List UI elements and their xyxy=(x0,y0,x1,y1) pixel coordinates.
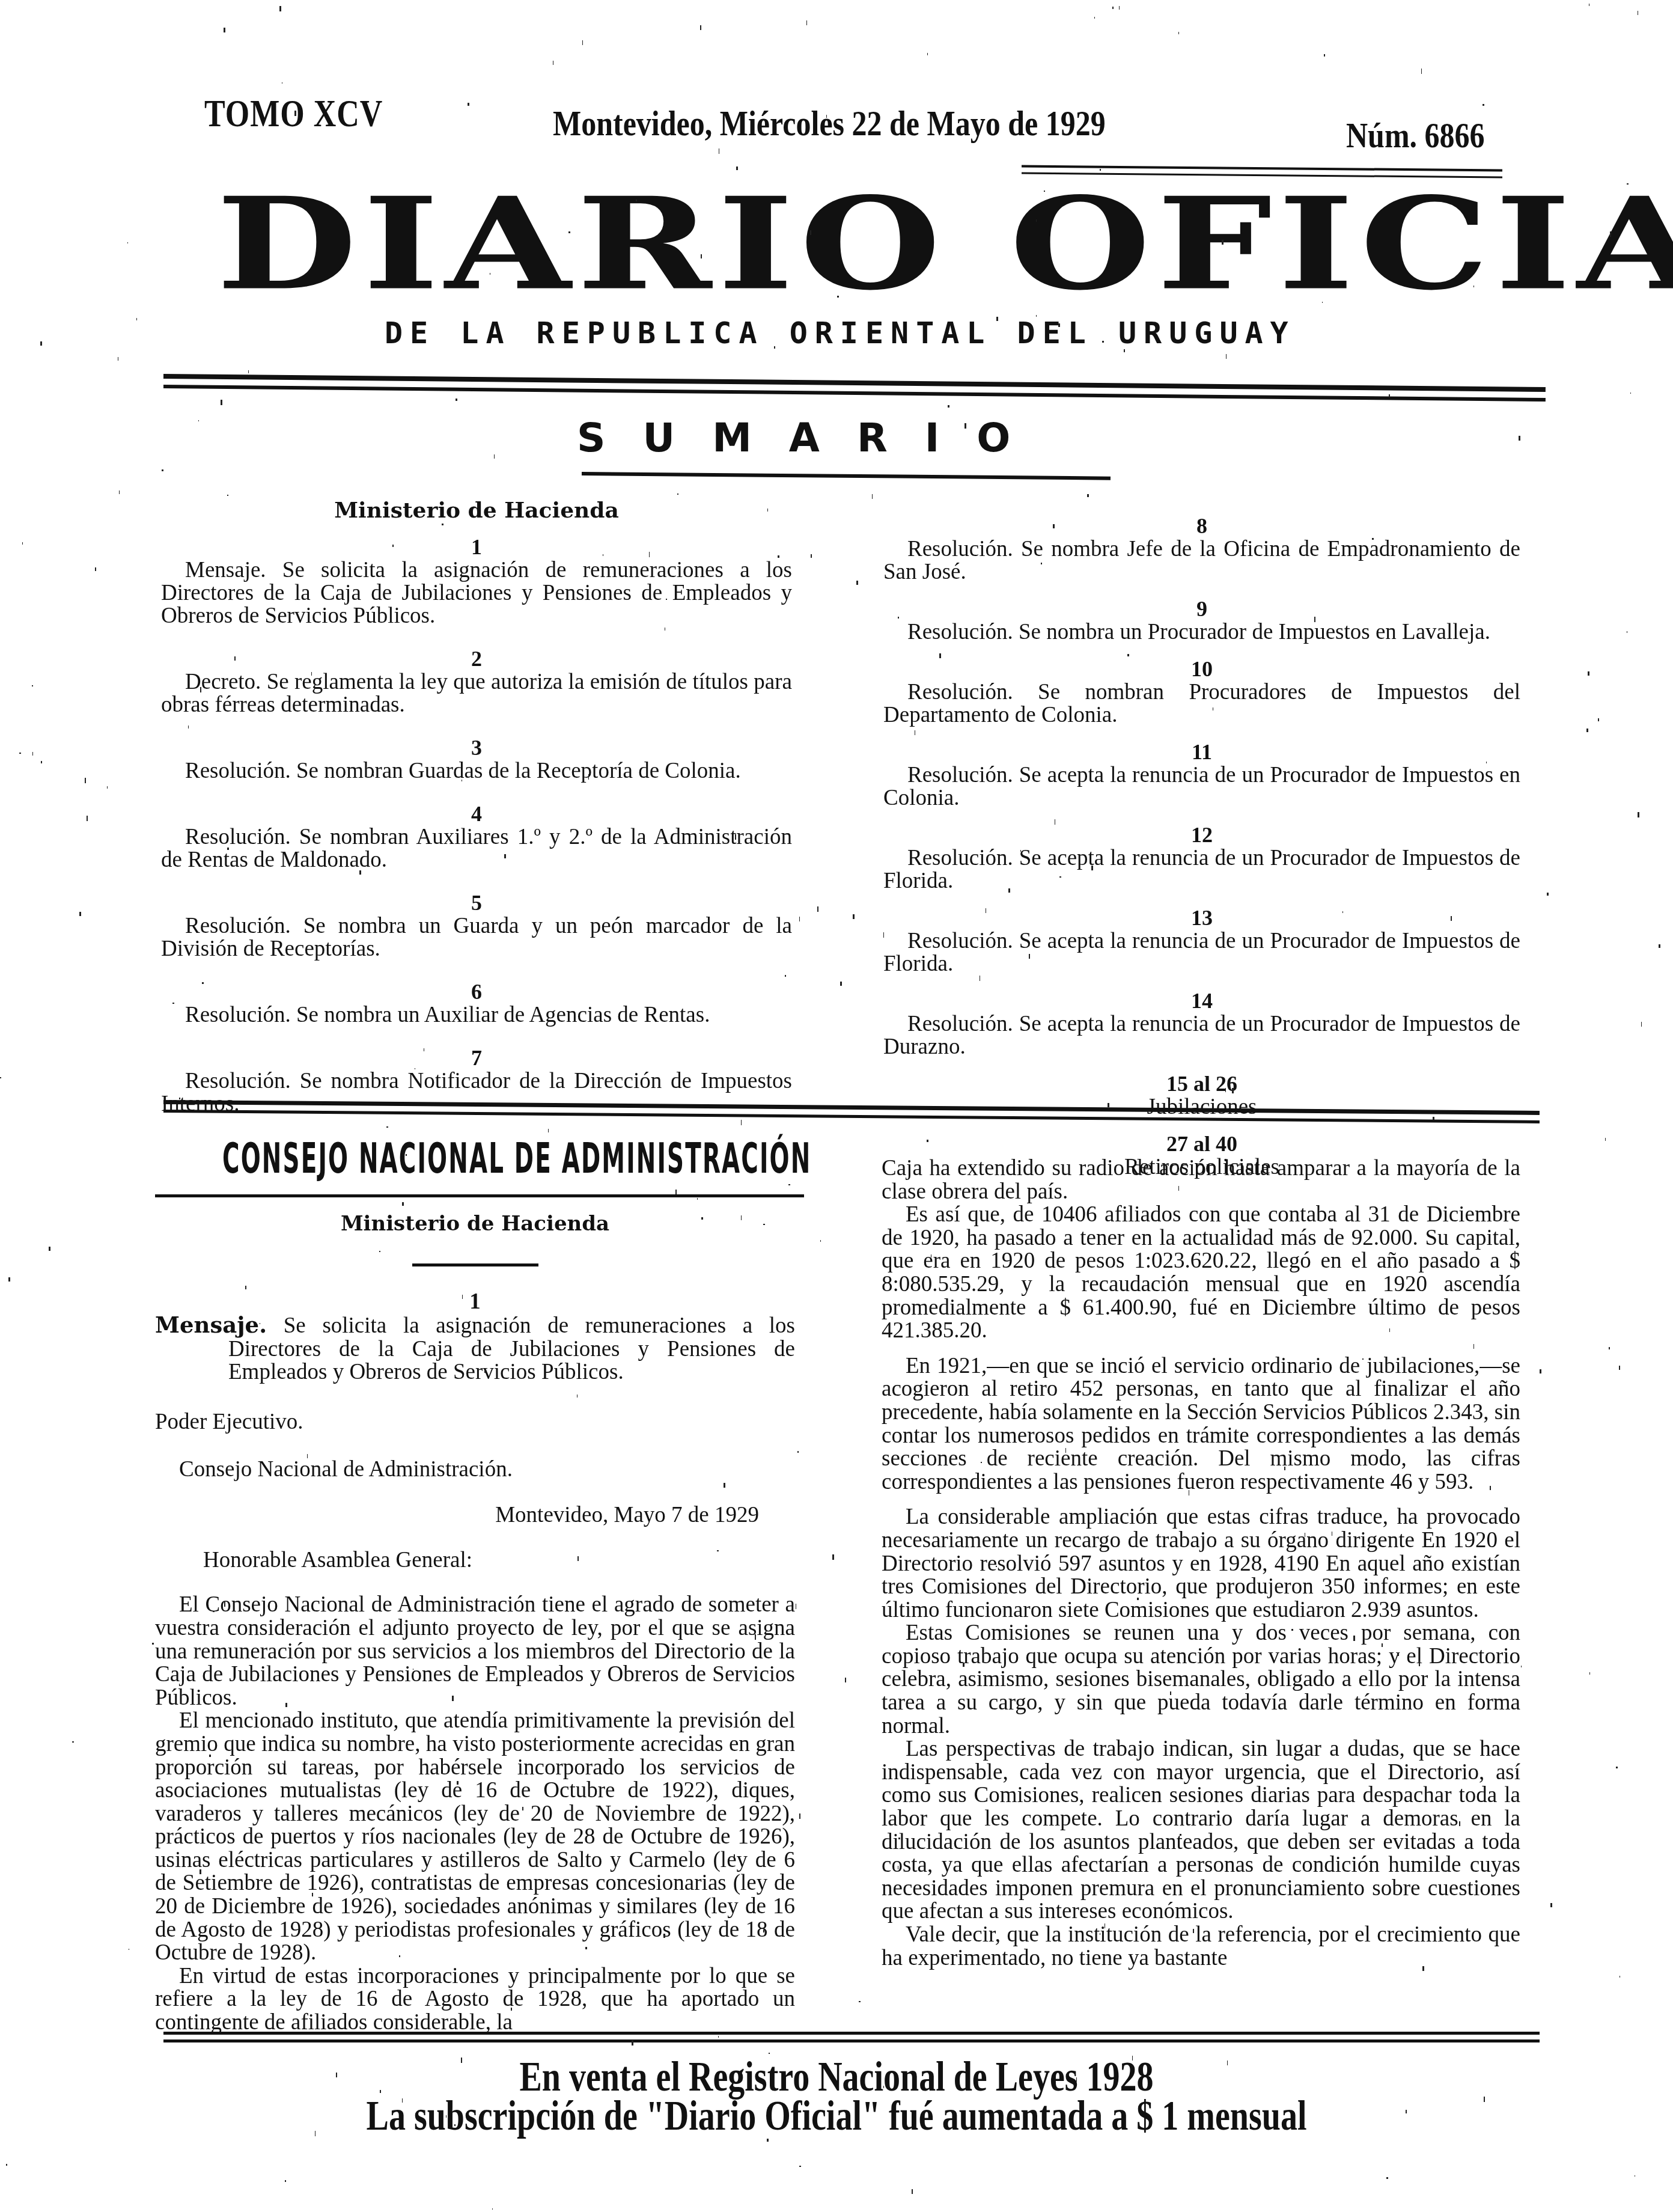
print-speck xyxy=(797,1451,799,1453)
print-speck xyxy=(1627,631,1627,633)
print-speck xyxy=(373,774,374,777)
print-speck xyxy=(632,2040,633,2045)
print-speck xyxy=(492,2208,493,2210)
print-speck xyxy=(734,1854,735,1857)
print-speck xyxy=(700,25,701,30)
print-speck xyxy=(22,542,23,545)
print-speck xyxy=(964,423,966,429)
print-speck xyxy=(1521,1666,1522,1667)
article-paragraph: En 1921,—en que se inció el servicio ord… xyxy=(882,1355,1520,1494)
article-paragraph: Las perspectivas de trabajo indican, sin… xyxy=(882,1738,1520,1923)
article-paragraph: Es así que, de 10406 afiliados con que c… xyxy=(882,1203,1520,1343)
print-speck xyxy=(1178,1186,1179,1191)
summary-item-text: Decreto. Se reglamenta la ley que autori… xyxy=(161,671,792,716)
newspaper-title: DIARIO OFICIAL xyxy=(216,180,1466,307)
print-speck xyxy=(1170,1691,1171,1695)
summary-item-text: Resolución. Se nombra un Auxiliar de Age… xyxy=(161,1004,792,1027)
summary-item-number: 9 xyxy=(883,597,1520,621)
sumario-left-column: Ministerio de Hacienda 1Mensaje. Se soli… xyxy=(161,499,792,1116)
print-speck xyxy=(826,115,827,118)
print-speck xyxy=(853,914,855,919)
print-speck xyxy=(577,1556,579,1561)
print-speck xyxy=(1127,654,1129,656)
print-speck xyxy=(1044,191,1045,192)
summary-item-number: 8 xyxy=(883,514,1520,538)
print-speck xyxy=(1291,1629,1293,1631)
print-speck xyxy=(315,2131,315,2136)
print-speck xyxy=(461,2058,462,2063)
sumario-heading: SUMARIO xyxy=(577,415,1047,461)
print-speck xyxy=(248,370,249,373)
print-speck xyxy=(200,1869,201,1874)
summary-item-number: 3 xyxy=(161,736,792,760)
print-speck xyxy=(986,908,986,913)
print-speck xyxy=(260,1323,260,1324)
print-speck xyxy=(1442,1259,1443,1261)
article-paragraph: El Consejo Nacional de Administración ti… xyxy=(155,1593,795,1709)
print-speck xyxy=(577,1395,577,1398)
summary-item-number: 13 xyxy=(883,906,1520,930)
place-date: Montevideo, Mayo 7 de 1929 xyxy=(155,1504,795,1527)
summary-item-number: 4 xyxy=(161,802,792,826)
print-speck xyxy=(1419,1661,1420,1666)
print-speck xyxy=(136,318,137,320)
print-speck xyxy=(224,28,225,32)
print-speck xyxy=(1180,1834,1181,1836)
print-speck xyxy=(1322,302,1323,303)
footer-rule-2 xyxy=(163,2039,1540,2042)
print-speck xyxy=(1496,1257,1496,1259)
print-speck xyxy=(40,341,42,346)
print-speck xyxy=(1598,718,1599,721)
print-speck xyxy=(1091,866,1093,870)
print-speck xyxy=(763,1929,764,1932)
sumario-underline xyxy=(582,472,1111,480)
print-speck xyxy=(442,524,443,525)
print-speck xyxy=(484,1370,486,1373)
print-speck xyxy=(1284,1467,1285,1470)
print-speck xyxy=(767,2139,769,2142)
print-speck xyxy=(227,495,228,496)
print-speck xyxy=(859,2001,861,2002)
print-speck xyxy=(741,1120,742,1125)
print-speck xyxy=(1132,2056,1133,2061)
print-speck xyxy=(1547,893,1549,896)
print-speck xyxy=(456,399,457,401)
print-speck xyxy=(1112,7,1114,9)
print-speck xyxy=(588,774,589,780)
lead-text: Se solicita la asignación de remuneracio… xyxy=(228,1313,795,1384)
print-speck xyxy=(179,1098,180,1099)
print-speck xyxy=(898,1866,898,1869)
print-speck xyxy=(1362,1358,1364,1360)
article-paragraph: Vale decir, que la institución de la ref… xyxy=(882,1923,1520,1970)
print-speck xyxy=(522,1807,523,1810)
print-speck xyxy=(95,567,96,571)
print-speck xyxy=(1586,729,1588,732)
print-speck xyxy=(1421,69,1422,74)
print-speck xyxy=(898,1838,900,1839)
article-paragraph: Estas Comisiones se reunen una y dos vec… xyxy=(882,1622,1520,1738)
summary-item-text: Resolución. Se nombran Guardas de la Rec… xyxy=(161,760,792,783)
print-speck xyxy=(1630,393,1631,394)
print-speck xyxy=(820,1240,821,1242)
print-speck xyxy=(1433,1117,1434,1120)
article-left-column: Ministerio de Hacienda 1 Mensaje. Se sol… xyxy=(155,1193,795,2035)
print-speck xyxy=(799,2166,801,2167)
print-speck xyxy=(1314,617,1315,622)
article-paragraph: El mencionado instituto, que atendía pri… xyxy=(155,1709,795,1965)
print-speck xyxy=(406,1154,407,1156)
print-speck xyxy=(307,1454,308,1458)
print-speck xyxy=(1076,2077,1077,2082)
print-speck xyxy=(1053,524,1055,528)
print-speck xyxy=(1100,1933,1100,1935)
print-speck xyxy=(856,581,858,585)
print-speck xyxy=(741,1215,742,1220)
print-speck xyxy=(980,976,980,981)
print-speck xyxy=(1342,911,1343,913)
print-speck xyxy=(1406,2110,1407,2113)
print-speck xyxy=(1473,286,1474,287)
print-speck xyxy=(1213,707,1213,710)
print-speck xyxy=(284,1761,285,1764)
summary-range-number: 27 al 40 xyxy=(883,1132,1520,1156)
print-speck xyxy=(19,753,21,754)
print-speck xyxy=(1389,394,1390,397)
summary-item-text: Resolución. Se acepta la renuncia de un … xyxy=(883,1013,1520,1059)
print-speck xyxy=(582,40,583,45)
print-speck xyxy=(462,780,462,781)
article-number: 1 xyxy=(155,1291,795,1314)
print-speck xyxy=(209,1755,211,1757)
print-speck xyxy=(1008,888,1010,893)
print-speck xyxy=(1386,2177,1388,2179)
lead-label: Mensaje. xyxy=(155,1312,267,1338)
print-speck xyxy=(336,2073,337,2077)
print-speck xyxy=(446,2115,446,2118)
print-speck xyxy=(279,6,281,11)
print-speck xyxy=(649,552,650,557)
print-speck xyxy=(1041,563,1042,564)
print-speck xyxy=(198,420,199,421)
print-speck xyxy=(359,870,361,875)
print-speck xyxy=(379,1251,380,1252)
print-speck xyxy=(719,148,719,154)
summary-item-text: Resolución. Se nombra Notificador de la … xyxy=(161,1070,792,1116)
print-speck xyxy=(1619,1366,1620,1370)
print-speck xyxy=(948,405,949,408)
print-speck xyxy=(1087,494,1089,497)
column-rule xyxy=(844,1130,844,1960)
print-speck xyxy=(837,296,839,298)
print-speck xyxy=(1620,1976,1620,1978)
print-speck xyxy=(1627,183,1629,185)
print-speck xyxy=(701,254,702,258)
print-speck xyxy=(1589,4,1589,6)
print-speck xyxy=(282,82,282,84)
print-speck xyxy=(636,200,637,201)
print-speck xyxy=(1055,819,1055,825)
article-header: CONSEJO NACIONAL DE ADMINISTRACIÓN xyxy=(222,1135,811,1184)
print-speck xyxy=(1486,762,1487,763)
print-speck xyxy=(1550,1903,1552,1907)
print-speck xyxy=(1059,876,1061,878)
print-speck xyxy=(663,1934,665,1938)
print-speck xyxy=(1227,2061,1228,2065)
print-speck xyxy=(736,167,738,170)
print-speck xyxy=(778,555,779,558)
print-speck xyxy=(717,1550,719,1551)
print-speck xyxy=(8,1277,10,1282)
print-speck xyxy=(585,1947,587,1949)
print-speck xyxy=(221,400,222,405)
print-speck xyxy=(234,656,236,661)
print-speck xyxy=(799,917,800,921)
print-speck xyxy=(1178,32,1179,34)
print-speck xyxy=(1459,1821,1460,1826)
print-speck xyxy=(6,2164,7,2166)
print-speck xyxy=(1609,1347,1610,1349)
print-speck xyxy=(1610,231,1611,237)
print-speck xyxy=(845,1678,846,1682)
print-speck xyxy=(1036,315,1037,317)
print-speck xyxy=(227,848,229,850)
print-speck xyxy=(402,1202,404,1206)
print-speck xyxy=(0,1077,1,1078)
print-speck xyxy=(285,2180,286,2182)
article-right-column: Caja ha extendido su radio de acción has… xyxy=(882,1157,1520,1970)
print-speck xyxy=(415,1068,415,1069)
print-speck xyxy=(553,61,553,65)
print-speck xyxy=(1222,240,1224,245)
print-speck xyxy=(127,242,128,243)
print-speck xyxy=(996,1566,997,1567)
print-speck xyxy=(87,816,88,821)
print-speck xyxy=(457,1781,459,1785)
print-speck xyxy=(188,726,189,729)
print-speck xyxy=(806,20,807,25)
print-speck xyxy=(927,53,928,55)
print-speck xyxy=(675,1190,677,1194)
print-speck xyxy=(213,1611,215,1612)
print-speck xyxy=(1589,1672,1590,1675)
print-speck xyxy=(294,111,296,116)
print-speck xyxy=(1659,944,1660,948)
print-speck xyxy=(452,1696,454,1701)
print-speck xyxy=(32,752,33,756)
print-speck xyxy=(1484,2097,1485,2102)
print-speck xyxy=(752,1911,754,1912)
print-speck xyxy=(224,1601,225,1607)
print-speck xyxy=(311,672,312,676)
print-speck xyxy=(386,1126,388,1128)
print-speck xyxy=(1389,1328,1390,1332)
consejo-line: Consejo Nacional de Administración. xyxy=(155,1458,795,1482)
print-speck xyxy=(767,509,768,512)
print-speck xyxy=(245,1286,246,1289)
print-speck xyxy=(85,778,86,783)
print-speck xyxy=(1189,1490,1189,1496)
summary-item-text: Resolución. Se acepta la renuncia de un … xyxy=(883,764,1520,810)
article-section-heading: Ministerio de Hacienda xyxy=(155,1212,795,1236)
print-speck xyxy=(1199,1414,1200,1416)
print-speck xyxy=(380,2090,381,2093)
print-speck xyxy=(763,1224,765,1225)
print-speck xyxy=(1137,1598,1139,1600)
print-speck xyxy=(939,653,941,658)
print-speck xyxy=(1193,1929,1194,1933)
print-speck xyxy=(840,982,842,986)
article-paragraph: En virtud de estas incorporaciones y pri… xyxy=(155,1965,795,2035)
poder-ejecutivo: Poder Ejecutivo. xyxy=(155,1411,795,1434)
print-speck xyxy=(511,2008,512,2011)
print-speck xyxy=(1232,1088,1234,1093)
print-speck xyxy=(785,975,786,977)
print-speck xyxy=(1124,349,1125,352)
print-speck xyxy=(665,628,665,631)
print-speck xyxy=(79,912,81,916)
print-speck xyxy=(1641,1022,1642,1027)
print-speck xyxy=(810,230,811,235)
print-speck xyxy=(1020,850,1021,852)
print-speck xyxy=(1490,1486,1491,1490)
summary-item-text: Resolución. Se nombran Auxiliares 1.º y … xyxy=(161,826,792,872)
section-short-rule xyxy=(412,1263,538,1266)
print-speck xyxy=(912,2189,913,2194)
print-speck xyxy=(677,493,678,495)
print-speck xyxy=(230,571,231,572)
print-speck xyxy=(666,599,667,600)
summary-item-text: Mensaje. Se solicita la asignación de re… xyxy=(161,559,792,628)
footer-notice-subscripcion: La subscripción de "Diario Oficial" fué … xyxy=(0,2092,1673,2140)
print-speck xyxy=(454,2124,456,2126)
print-speck xyxy=(898,617,899,619)
print-speck xyxy=(927,1140,928,1142)
print-speck xyxy=(107,786,108,789)
article-paragraph: La considerable ampliación que estas cif… xyxy=(882,1506,1520,1622)
print-speck xyxy=(1473,1344,1474,1349)
print-speck xyxy=(915,730,915,735)
print-speck xyxy=(392,545,394,547)
print-speck xyxy=(1616,1767,1618,1768)
print-speck xyxy=(1519,436,1520,441)
print-speck xyxy=(724,1483,725,1488)
article-lead: Mensaje. Se solicita la asignación de re… xyxy=(155,1313,795,1384)
print-speck xyxy=(1065,1448,1066,1453)
print-speck xyxy=(1372,538,1374,540)
print-speck xyxy=(504,854,506,858)
summary-item-number: 10 xyxy=(883,657,1520,681)
print-speck xyxy=(769,2053,770,2054)
print-speck xyxy=(413,1669,413,1670)
print-speck xyxy=(931,1254,931,1257)
summary-item-number: 6 xyxy=(161,980,792,1004)
print-speck xyxy=(796,1604,796,1609)
print-speck xyxy=(735,834,736,840)
print-speck xyxy=(832,1554,834,1560)
newspaper-subtitle: DE LA REPUBLICA ORIENTAL DEL URUGUAY xyxy=(385,316,1296,350)
print-speck xyxy=(1451,916,1452,921)
summary-item-number: 1 xyxy=(161,535,792,559)
print-speck xyxy=(774,346,775,349)
summary-item-number: 11 xyxy=(883,740,1520,764)
print-speck xyxy=(1397,1652,1399,1656)
summary-item-text: Resolución. Se nombra un Procurador de I… xyxy=(883,621,1520,644)
sumario-right-column: 8Resolución. Se nombra Jefe de la Oficin… xyxy=(883,514,1520,1179)
volume-label: TOMO XCV xyxy=(204,93,383,136)
print-speck xyxy=(883,932,884,938)
print-speck xyxy=(1540,1369,1541,1373)
print-speck xyxy=(285,1703,287,1707)
print-speck xyxy=(462,1295,463,1299)
print-speck xyxy=(399,1955,400,1957)
summary-item-number: 7 xyxy=(161,1046,792,1070)
print-speck xyxy=(1324,54,1325,57)
print-speck xyxy=(1225,1088,1226,1092)
print-speck xyxy=(72,1741,74,1743)
print-speck xyxy=(872,494,873,499)
summary-item-text: Resolución. Se nombra un Guarda y un peó… xyxy=(161,915,792,961)
summary-item-number: 14 xyxy=(883,989,1520,1013)
salutation: Honorable Asamblea General: xyxy=(155,1549,795,1572)
print-speck xyxy=(799,1813,800,1819)
summary-item-text: Resolución. Se nombran Procuradores de I… xyxy=(883,681,1520,727)
print-speck xyxy=(718,2036,719,2038)
print-speck xyxy=(1305,1533,1305,1537)
print-speck xyxy=(548,1129,549,1132)
print-speck xyxy=(1100,169,1101,171)
print-speck xyxy=(41,761,42,763)
print-speck xyxy=(1638,11,1638,15)
print-speck xyxy=(817,906,818,912)
print-speck xyxy=(1588,671,1589,676)
print-speck xyxy=(1094,17,1095,19)
summary-range-number: 15 al 26 xyxy=(883,1072,1520,1096)
print-speck xyxy=(1488,1028,1489,1030)
print-speck xyxy=(1119,6,1120,10)
print-speck xyxy=(1332,1532,1332,1536)
print-speck xyxy=(468,103,469,106)
summary-item-number: 5 xyxy=(161,891,792,915)
print-speck xyxy=(811,554,812,558)
print-speck xyxy=(162,469,163,471)
print-speck xyxy=(490,273,490,275)
print-speck xyxy=(603,554,603,556)
print-speck xyxy=(1058,323,1060,327)
summary-item-number: 12 xyxy=(883,823,1520,847)
print-speck xyxy=(755,1634,756,1640)
print-speck xyxy=(697,1198,698,1200)
print-speck xyxy=(883,2086,884,2088)
print-speck xyxy=(202,982,204,984)
print-speck xyxy=(402,2098,403,2103)
footer-rule-1 xyxy=(163,2032,1540,2035)
print-speck xyxy=(1638,812,1639,817)
print-speck xyxy=(1605,1138,1606,1141)
issue-number: Núm. 6866 xyxy=(1346,114,1485,156)
print-speck xyxy=(1108,1103,1109,1107)
print-speck xyxy=(118,357,118,361)
print-speck xyxy=(152,1643,154,1645)
summary-item-text: Resolución. Se acepta la renuncia de un … xyxy=(883,847,1520,893)
print-speck xyxy=(335,1167,335,1168)
print-speck xyxy=(119,490,120,494)
print-speck xyxy=(1226,354,1227,359)
print-speck xyxy=(963,1663,964,1667)
print-speck xyxy=(788,1184,790,1185)
print-speck xyxy=(568,231,570,233)
